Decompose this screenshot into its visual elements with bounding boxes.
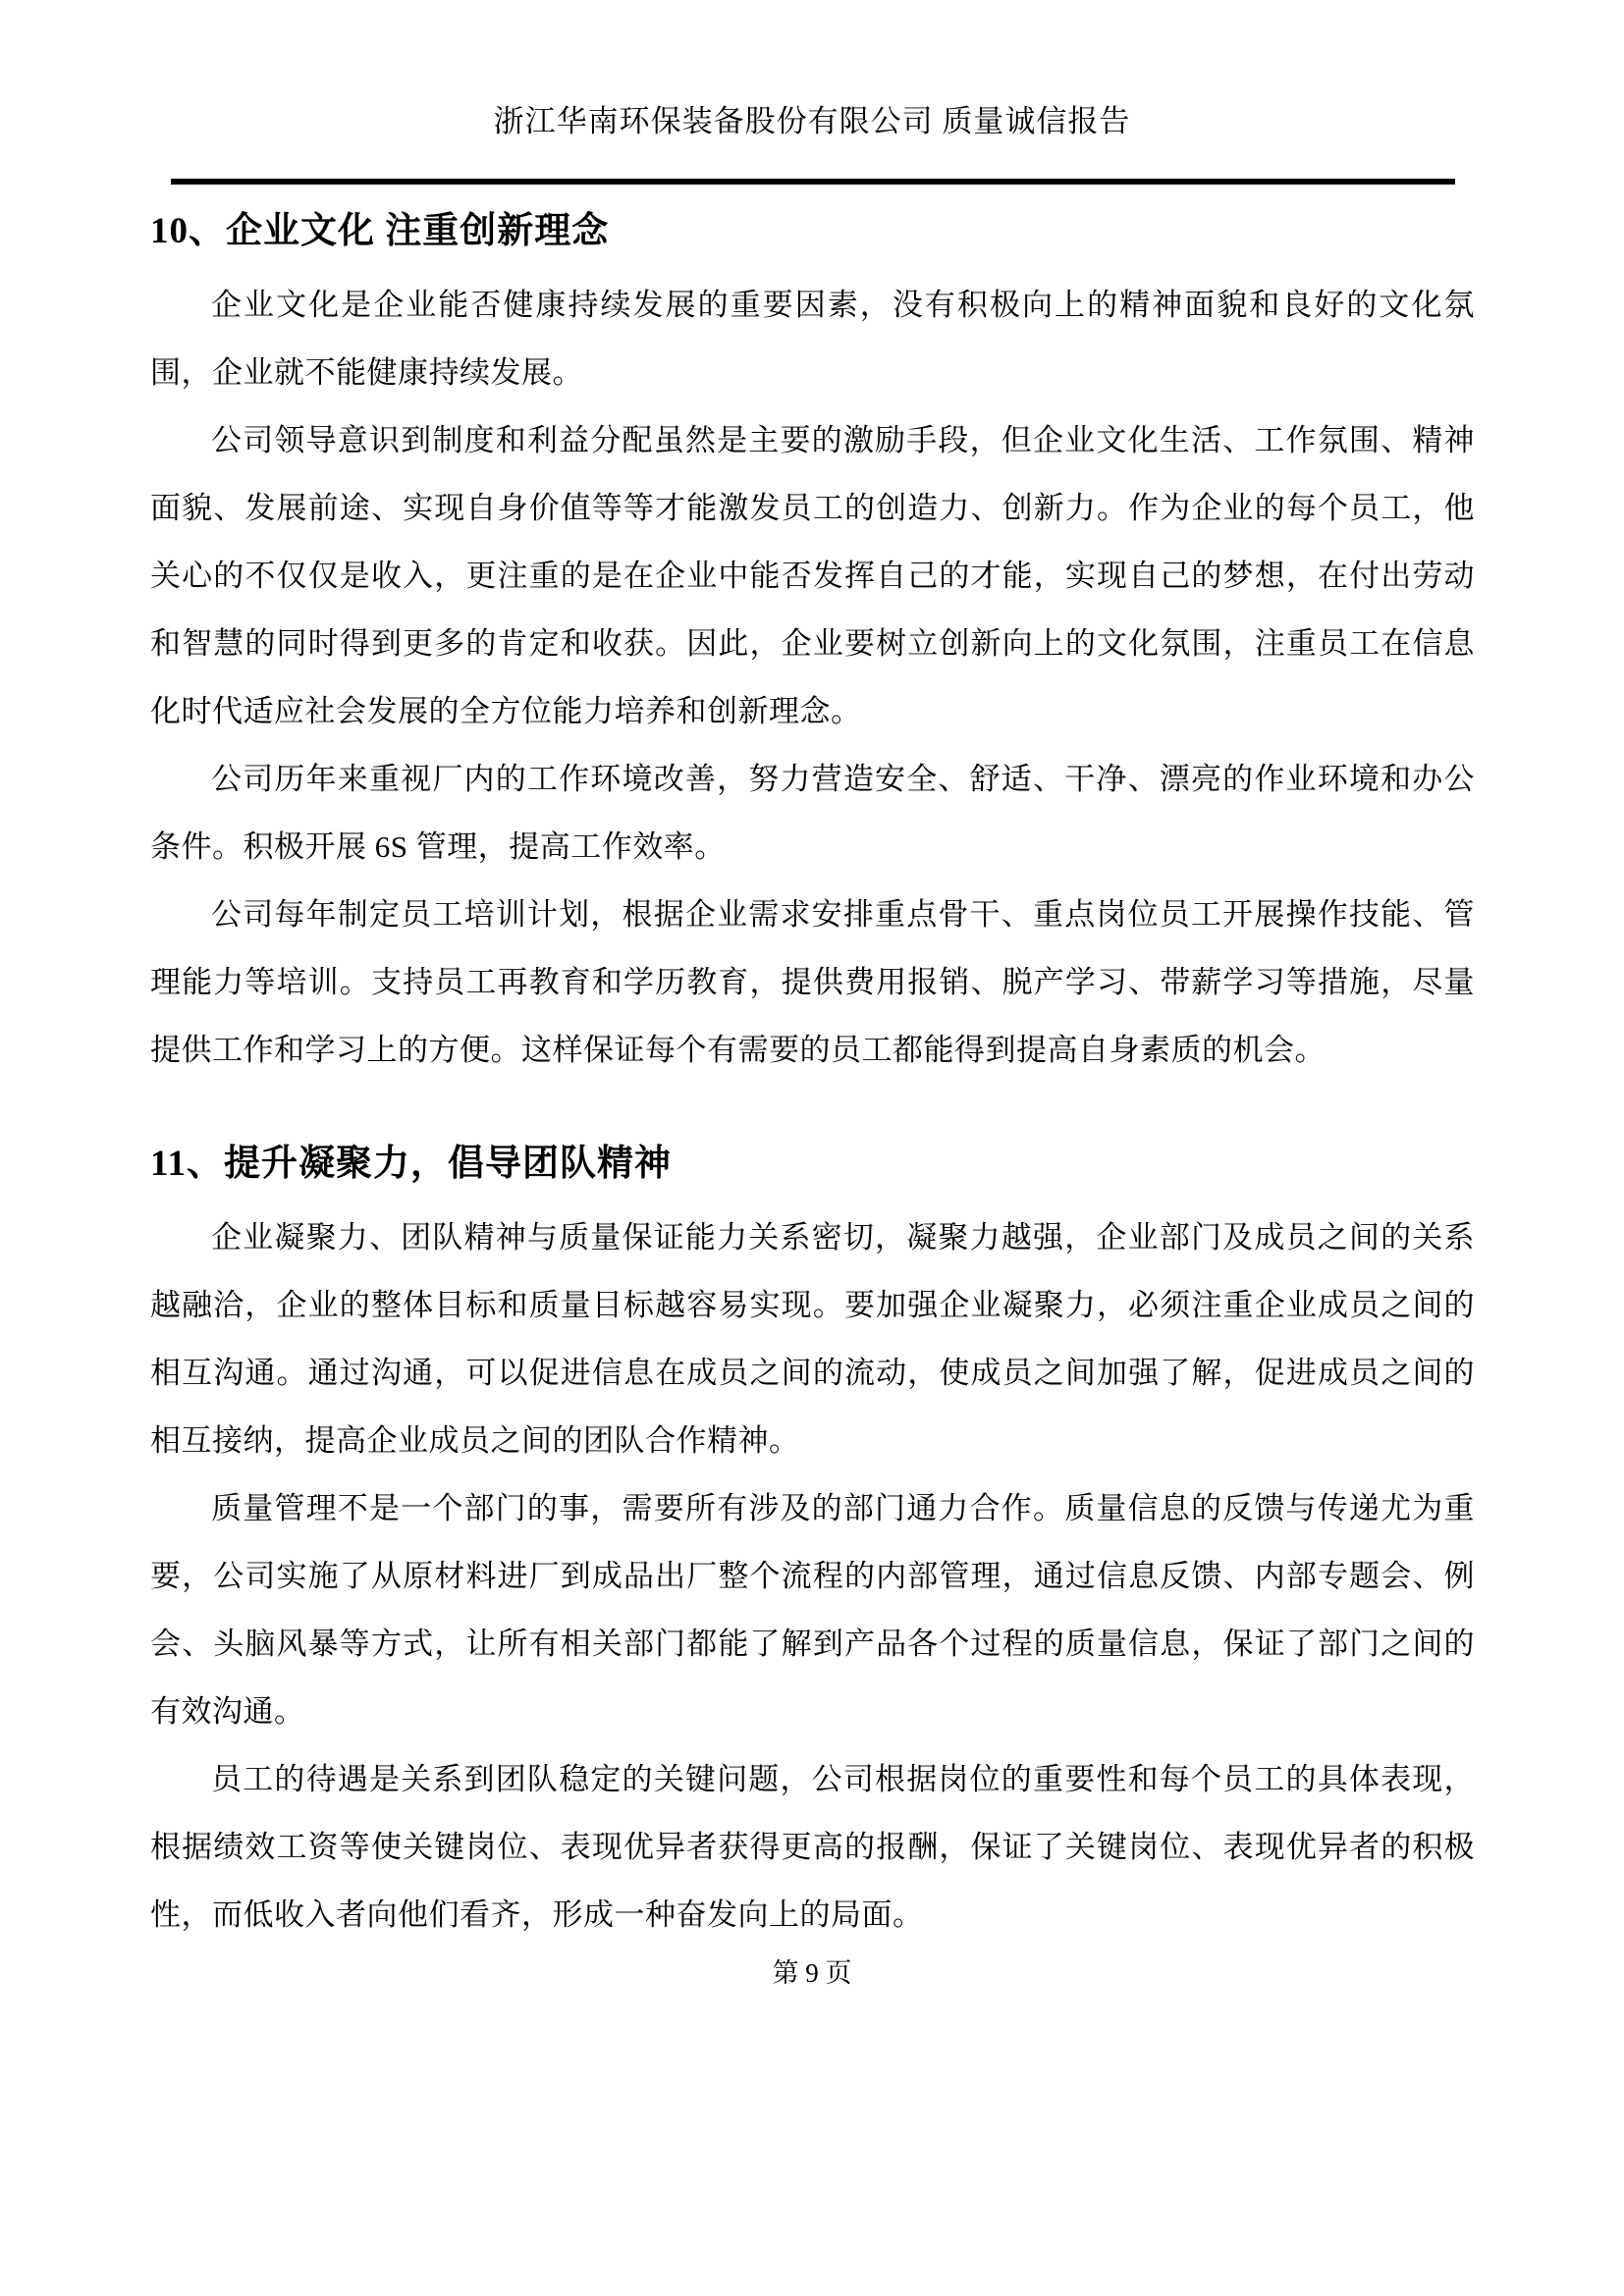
document-page: 浙江华南环保装备股份有限公司 质量诚信报告 10、企业文化 注重创新理念 企业文… — [0, 0, 1624, 2296]
section-11-paragraph-3: 员工的待遇是关系到团队稳定的关键问题，公司根据岗位的重要性和每个员工的具体表现，… — [150, 1745, 1475, 1949]
section-11-paragraph-2: 质量管理不是一个部门的事，需要所有涉及的部门通力合作。质量信息的反馈与传递尤为重… — [150, 1474, 1475, 1745]
section-10-heading: 10、企业文化 注重创新理念 — [150, 208, 1475, 255]
section-11-paragraph-1: 企业凝聚力、团队精神与质量保证能力关系密切，凝聚力越强，企业部门及成员之间的关系… — [150, 1203, 1475, 1474]
section-10-paragraph-1: 企业文化是企业能否健康持续发展的重要因素，没有积极向上的精神面貌和良好的文化氛围… — [150, 271, 1475, 406]
section-10-paragraph-2: 公司领导意识到制度和利益分配虽然是主要的激励手段，但企业文化生活、工作氛围、精神… — [150, 406, 1475, 745]
section-10-paragraph-3: 公司历年来重视厂内的工作环境改善，努力营造安全、舒适、干净、漂亮的作业环境和办公… — [150, 745, 1475, 881]
page-number: 第 9 页 — [0, 1956, 1624, 1990]
document-header-title: 浙江华南环保装备股份有限公司 质量诚信报告 — [0, 98, 1624, 145]
header-rule — [171, 179, 1455, 185]
section-11-heading: 11、提升凝聚力，倡导团队精神 — [150, 1141, 1475, 1188]
section-10-paragraph-4: 公司每年制定员工培训计划，根据企业需求安排重点骨干、重点岗位员工开展操作技能、管… — [150, 881, 1475, 1084]
